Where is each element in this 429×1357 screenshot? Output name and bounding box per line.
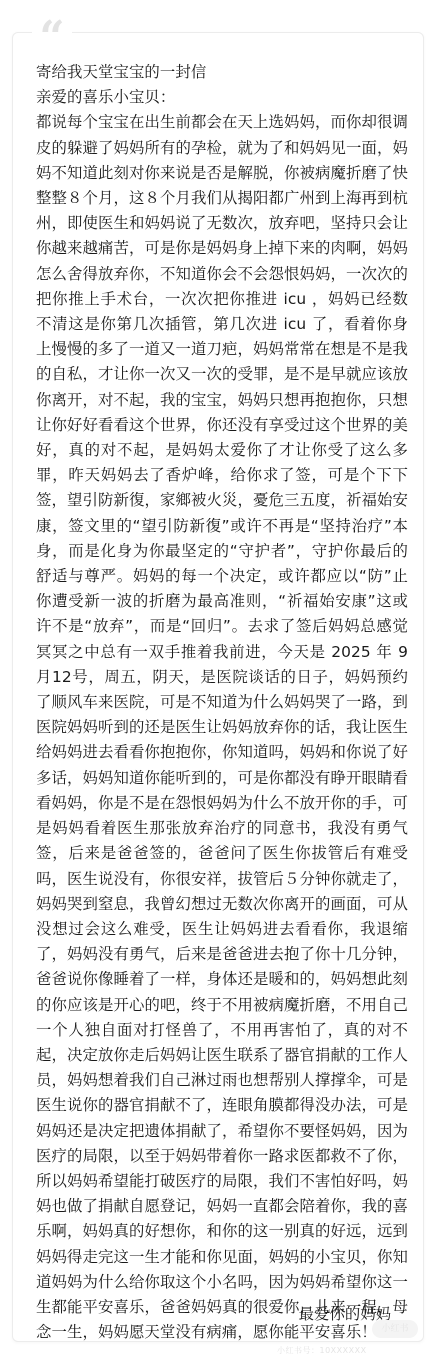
quote-mark-icon: “: [32, 14, 72, 50]
watermark-badge: 小红书: [372, 1320, 418, 1338]
watermark-id: 小红书号：10XXXXXX: [277, 1345, 367, 1356]
letter-body: 都说每个宝宝在出生前都会在天上选妈妈，而你却很调皮的躲避了妈妈所有的孕检，就为了…: [36, 110, 408, 1345]
letter-content: 寄给我天堂宝宝的一封信 亲爱的喜乐小宝贝： 都说每个宝宝在出生前都会在天上选妈妈…: [36, 60, 408, 1345]
letter-salutation: 亲爱的喜乐小宝贝：: [36, 85, 408, 110]
letter-title: 寄给我天堂宝宝的一封信: [36, 60, 408, 85]
